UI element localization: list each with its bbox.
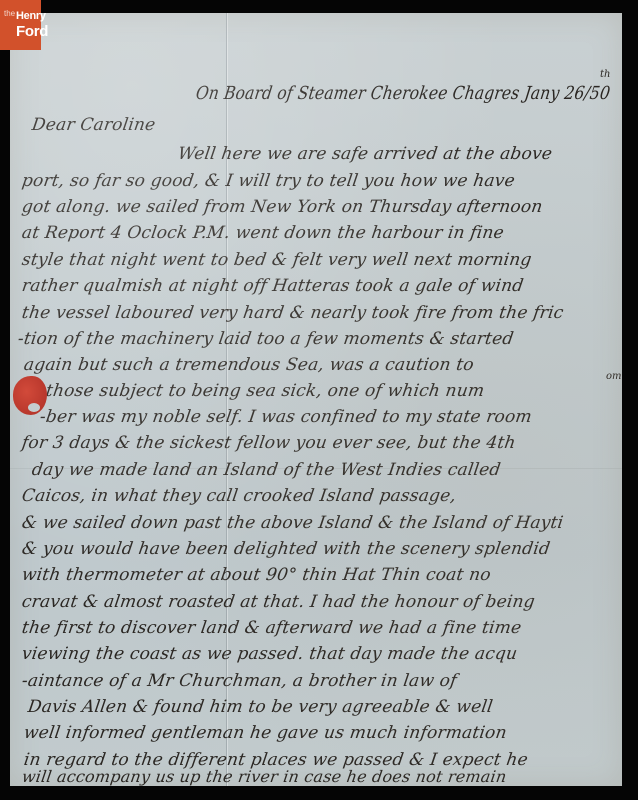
margin-note: om xyxy=(606,371,622,382)
letter-line: well informed gentleman he gave us much … xyxy=(23,723,509,743)
letter-line: the vessel laboured very hard & nearly t… xyxy=(21,303,565,323)
letter-line: again but such a tremendous Sea, was a c… xyxy=(23,355,476,375)
letter-line: the first to discover land & afterward w… xyxy=(21,618,523,638)
letter-page: On Board of Steamer Cherokee Chagres Jan… xyxy=(10,13,622,786)
logo-henry: Henry xyxy=(16,11,46,22)
letter-line: will accompany us up the river in case h… xyxy=(21,767,508,786)
letter-line: -ber was my noble self. I was confined t… xyxy=(39,407,534,427)
letter-line: Davis Allen & found him to be very agree… xyxy=(27,697,494,717)
logo-ford: Ford xyxy=(16,24,48,39)
letter-line: port, so far so good, & I will try to te… xyxy=(21,171,517,191)
letter-line: & we sailed down past the above Island &… xyxy=(21,513,565,533)
letter-line: for 3 days & the sickest fellow you ever… xyxy=(21,433,517,453)
logo-the: the xyxy=(4,10,15,18)
letter-heading: On Board of Steamer Cherokee Chagres Jan… xyxy=(195,83,612,104)
letter-salutation: Dear Caroline xyxy=(31,115,157,135)
letter-line: with thermometer at about 90° thin Hat T… xyxy=(21,565,493,585)
heading-superscript: th xyxy=(600,69,610,80)
letter-line: at Report 4 Oclock P.M. went down the ha… xyxy=(21,223,506,243)
letter-line: -aintance of a Mr Churchman, a brother i… xyxy=(21,671,458,691)
letter-line: style that night went to bed & felt very… xyxy=(21,250,533,270)
letter-line: got along. we sailed from New York on Th… xyxy=(21,197,544,217)
letter-line: cravat & almost roasted at that. I had t… xyxy=(21,592,537,612)
letter-line: viewing the coast as we passed. that day… xyxy=(21,644,519,664)
henry-ford-logo: the Henry Ford xyxy=(0,0,41,50)
letter-line: Well here we are safe arrived at the abo… xyxy=(177,144,554,164)
letter-line: those subject to being sea sick, one of … xyxy=(45,381,486,401)
letter-line: Caicos, in what they call crooked Island… xyxy=(21,486,458,506)
wax-seal-icon xyxy=(13,376,47,415)
letter-line: -tion of the machinery laid too a few mo… xyxy=(17,329,515,349)
letter-line: day we made land an Island of the West I… xyxy=(31,460,502,480)
letter-line: rather qualmish at night off Hatteras to… xyxy=(21,276,525,296)
letter-line: & you would have been delighted with the… xyxy=(21,539,552,559)
